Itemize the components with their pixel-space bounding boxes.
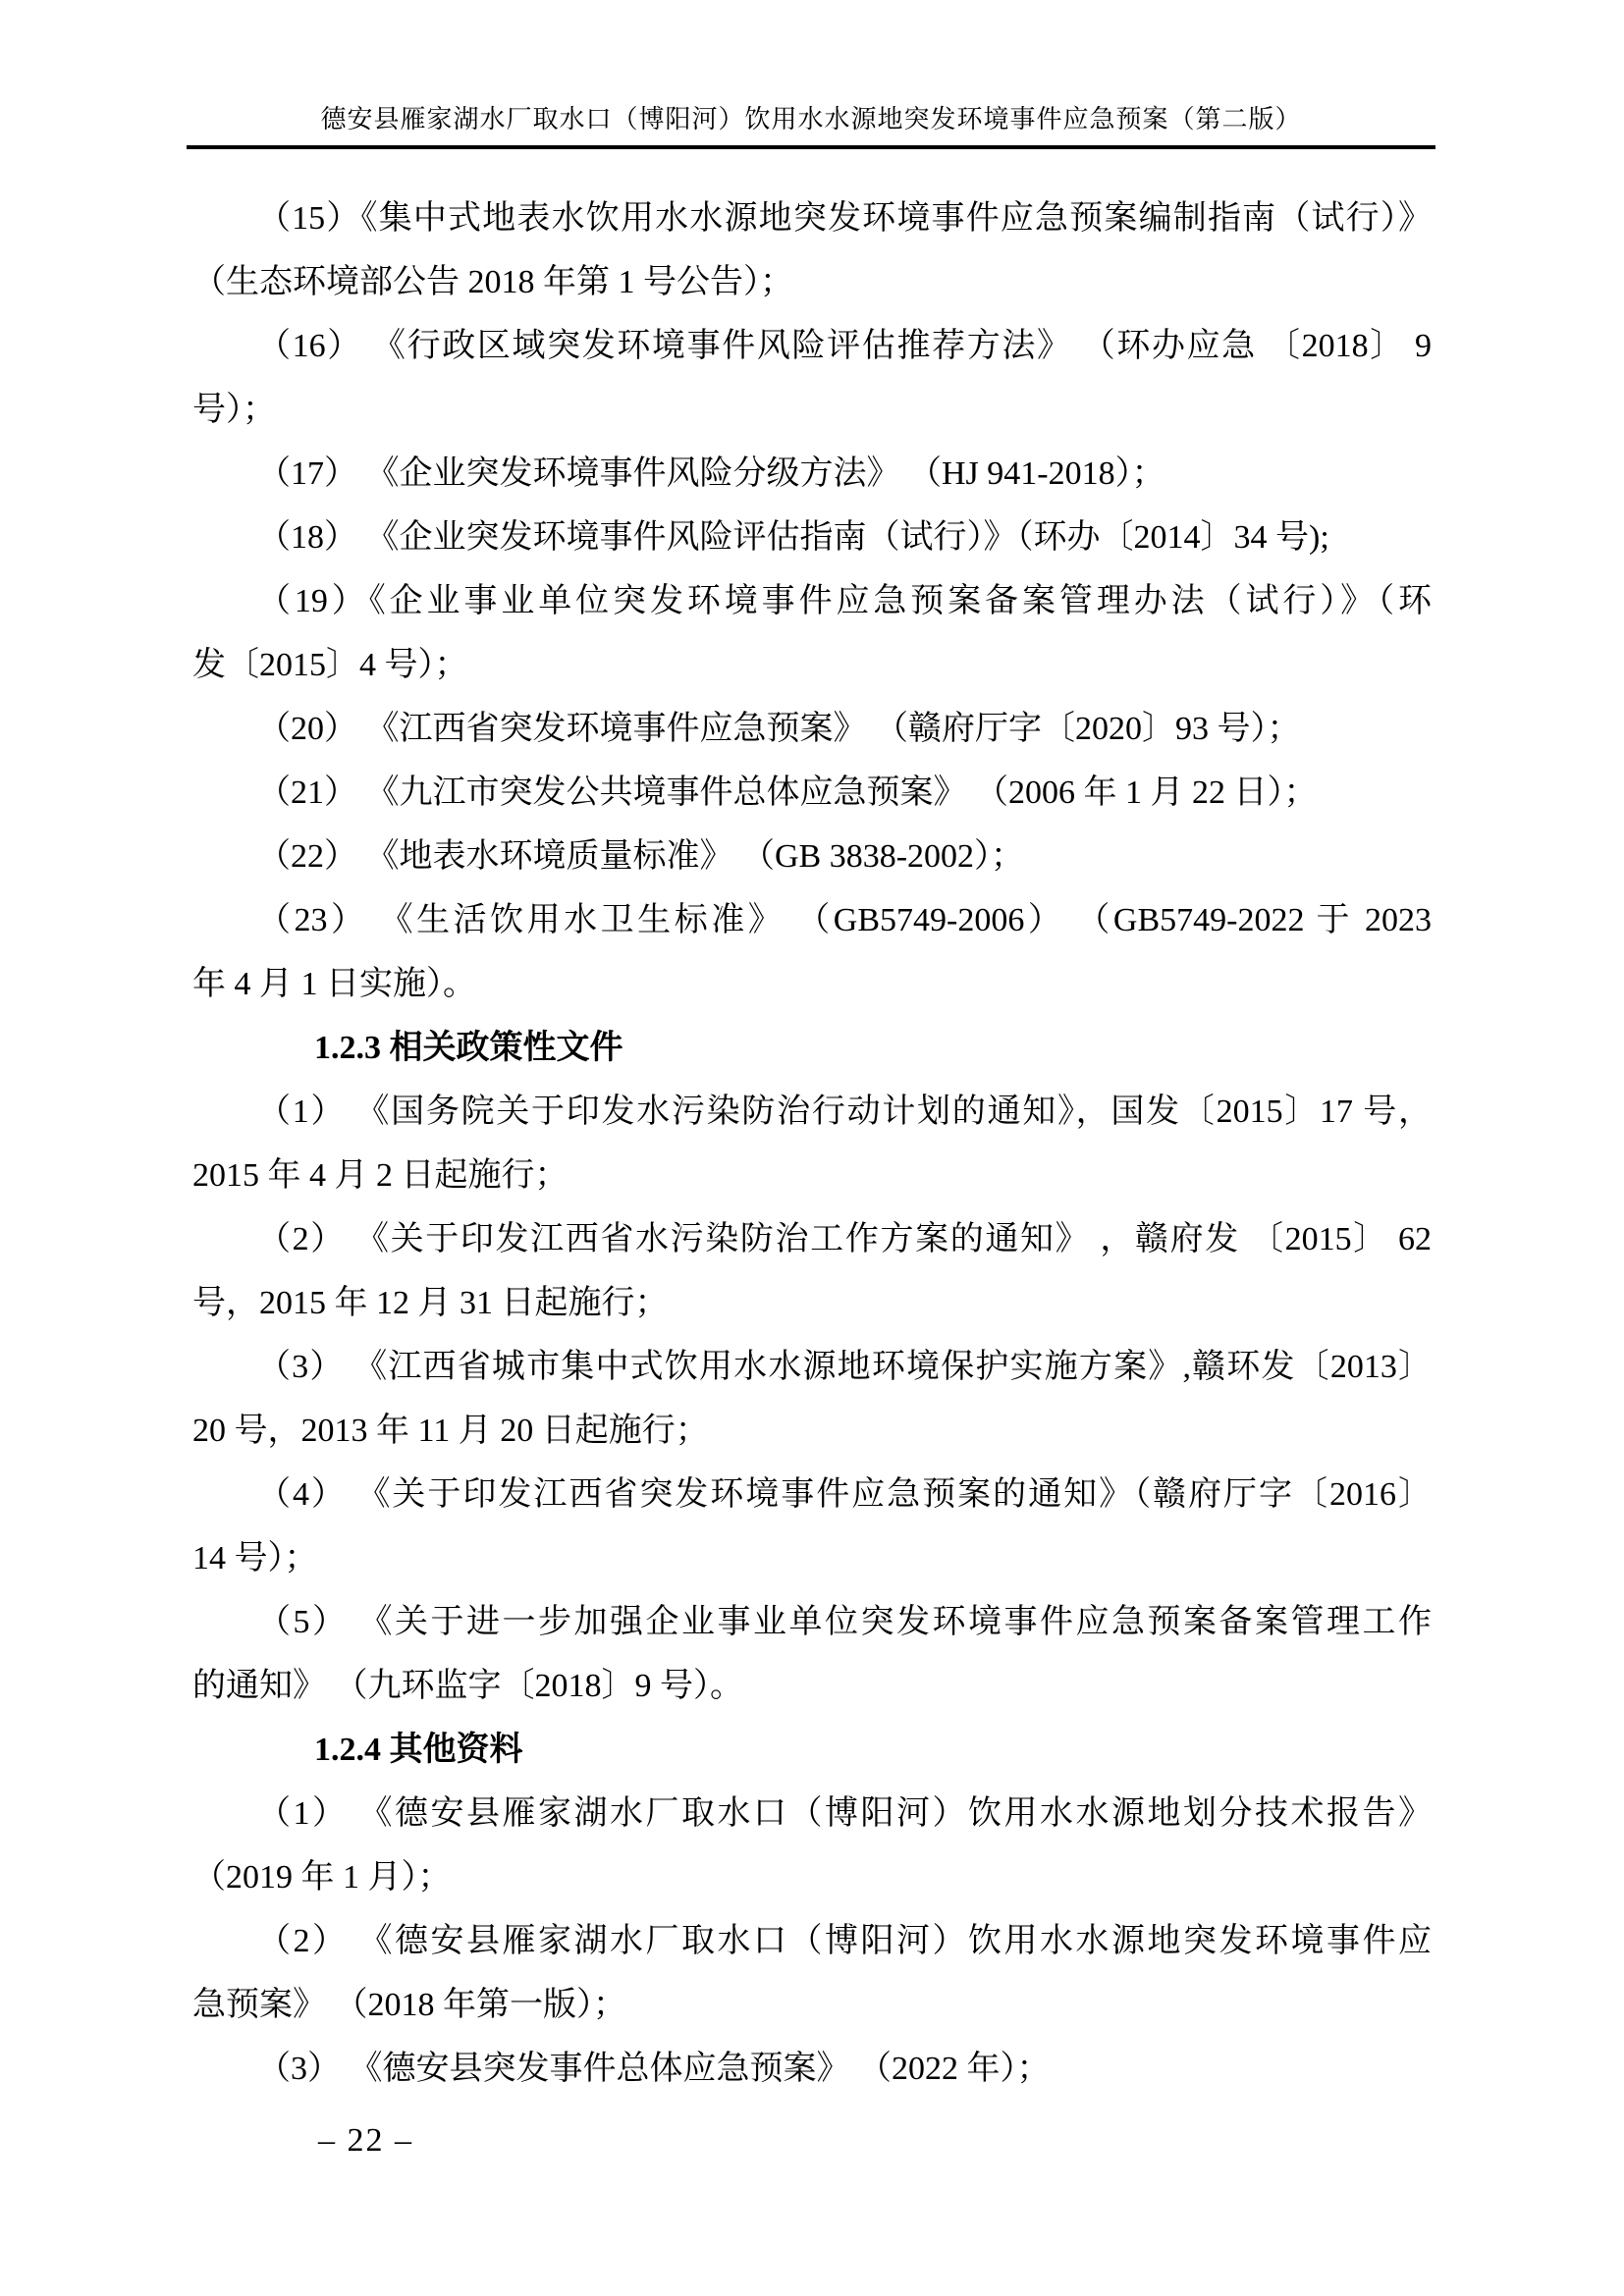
text-line: （2） 《关于印发江西省水污染防治工作方案的通知》 ，赣府发 〔2015〕 62: [192, 1207, 1432, 1271]
text-line: 年 4 月 1 日实施）。: [192, 952, 1432, 1016]
text-line: （19）《企业事业单位突发环境事件应急预案备案管理办法（试行）》（环: [192, 569, 1432, 633]
text-line: （20） 《江西省突发环境事件应急预案》 （赣府厅字〔2020〕93 号）；: [192, 697, 1432, 761]
text-line: （生态环境部公告 2018 年第 1 号公告）；: [192, 250, 1432, 314]
document-page: 德安县雁家湖水厂取水口（博阳河）饮用水水源地突发环境事件应急预案（第二版） （1…: [0, 0, 1624, 2296]
running-header-title: 德安县雁家湖水厂取水口（博阳河）饮用水水源地突发环境事件应急预案（第二版）: [320, 105, 1301, 133]
text-line: （1） 《德安县雁家湖水厂取水口（博阳河）饮用水水源地划分技术报告》: [192, 1782, 1432, 1845]
text-line: （1） 《国务院关于印发水污染防治行动计划的通知》，国发〔2015〕17 号，: [192, 1080, 1432, 1144]
text-line: 急预案》 （2018 年第一版）；: [192, 1973, 1432, 2037]
paragraph: （22） 《地表水环境质量标准》 （GB 3838-2002）；: [192, 825, 1432, 888]
paragraph: （4） 《关于印发江西省突发环境事件应急预案的通知》（赣府厅字〔2016〕14 …: [192, 1463, 1432, 1590]
paragraph: （21） 《九江市突发公共境事件总体应急预案》 （2006 年 1 月 22 日…: [192, 761, 1432, 825]
text-line: （15）《集中式地表水饮用水水源地突发环境事件应急预案编制指南（试行）》: [192, 187, 1432, 250]
text-line: （3） 《江西省城市集中式饮用水水源地环境保护实施方案》,赣环发〔2013〕: [192, 1335, 1432, 1399]
text-line: （2019 年 1 月）；: [192, 1845, 1432, 1909]
paragraph: （19）《企业事业单位突发环境事件应急预案备案管理办法（试行）》（环发〔2015…: [192, 569, 1432, 697]
text-line: （16） 《行政区域突发环境事件风险评估推荐方法》 （环办应急 〔2018〕 9: [192, 314, 1432, 378]
text-line: （2） 《德安县雁家湖水厂取水口（博阳河）饮用水水源地突发环境事件应: [192, 1909, 1432, 1973]
paragraph: （15）《集中式地表水饮用水水源地突发环境事件应急预案编制指南（试行）》（生态环…: [192, 187, 1432, 314]
text-line: （21） 《九江市突发公共境事件总体应急预案》 （2006 年 1 月 22 日…: [192, 761, 1432, 825]
paragraph: （5） 《关于进一步加强企业事业单位突发环境事件应急预案备案管理工作的通知》 （…: [192, 1590, 1432, 1718]
paragraph: （2） 《关于印发江西省水污染防治工作方案的通知》 ，赣府发 〔2015〕 62…: [192, 1207, 1432, 1335]
paragraph: （20） 《江西省突发环境事件应急预案》 （赣府厅字〔2020〕93 号）；: [192, 697, 1432, 761]
paragraph: （3） 《德安县突发事件总体应急预案》 （2022 年）；: [192, 2037, 1432, 2101]
paragraph: （1） 《国务院关于印发水污染防治行动计划的通知》，国发〔2015〕17 号，2…: [192, 1080, 1432, 1207]
text-line: 20 号，2013 年 11 月 20 日起施行；: [192, 1399, 1432, 1463]
text-line: 的通知》 （九环监字〔2018〕9 号）。: [192, 1654, 1432, 1718]
paragraph: （2） 《德安县雁家湖水厂取水口（博阳河）饮用水水源地突发环境事件应急预案》 （…: [192, 1909, 1432, 2037]
section-heading: 1.2.4 其他资料: [192, 1718, 1432, 1782]
text-line: 1.2.3 相关政策性文件: [192, 1016, 1432, 1080]
text-line: （3） 《德安县突发事件总体应急预案》 （2022 年）；: [192, 2037, 1432, 2101]
text-line: （22） 《地表水环境质量标准》 （GB 3838-2002）；: [192, 825, 1432, 888]
text-line: 发〔2015〕4 号）；: [192, 633, 1432, 697]
paragraph: （1） 《德安县雁家湖水厂取水口（博阳河）饮用水水源地划分技术报告》（2019 …: [192, 1782, 1432, 1909]
text-line: （23） 《生活饮用水卫生标准》 （GB5749-2006） （GB5749-2…: [192, 888, 1432, 952]
paragraph: （16） 《行政区域突发环境事件风险评估推荐方法》 （环办应急 〔2018〕 9…: [192, 314, 1432, 442]
text-line: 1.2.4 其他资料: [192, 1718, 1432, 1782]
text-line: 2015 年 4 月 2 日起施行；: [192, 1144, 1432, 1207]
page-number: – 22 –: [318, 2120, 413, 2162]
text-line: 号，2015 年 12 月 31 日起施行；: [192, 1271, 1432, 1335]
text-line: 14 号）；: [192, 1526, 1432, 1590]
paragraph: （17） 《企业突发环境事件风险分级方法》 （HJ 941-2018）；: [192, 442, 1432, 506]
running-header: 德安县雁家湖水厂取水口（博阳河）饮用水水源地突发环境事件应急预案（第二版）: [187, 100, 1435, 149]
section-heading: 1.2.3 相关政策性文件: [192, 1016, 1432, 1080]
text-line: （18） 《企业突发环境事件风险评估指南（试行）》（环办〔2014〕34 号);: [192, 506, 1432, 569]
paragraph: （23） 《生活饮用水卫生标准》 （GB5749-2006） （GB5749-2…: [192, 888, 1432, 1016]
paragraph: （3） 《江西省城市集中式饮用水水源地环境保护实施方案》,赣环发〔2013〕20…: [192, 1335, 1432, 1463]
text-line: 号）；: [192, 378, 1432, 442]
document-body: （15）《集中式地表水饮用水水源地突发环境事件应急预案编制指南（试行）》（生态环…: [192, 187, 1432, 2101]
text-line: （17） 《企业突发环境事件风险分级方法》 （HJ 941-2018）；: [192, 442, 1432, 506]
paragraph: （18） 《企业突发环境事件风险评估指南（试行）》（环办〔2014〕34 号);: [192, 506, 1432, 569]
text-line: （4） 《关于印发江西省突发环境事件应急预案的通知》（赣府厅字〔2016〕: [192, 1463, 1432, 1526]
text-line: （5） 《关于进一步加强企业事业单位突发环境事件应急预案备案管理工作: [192, 1590, 1432, 1654]
